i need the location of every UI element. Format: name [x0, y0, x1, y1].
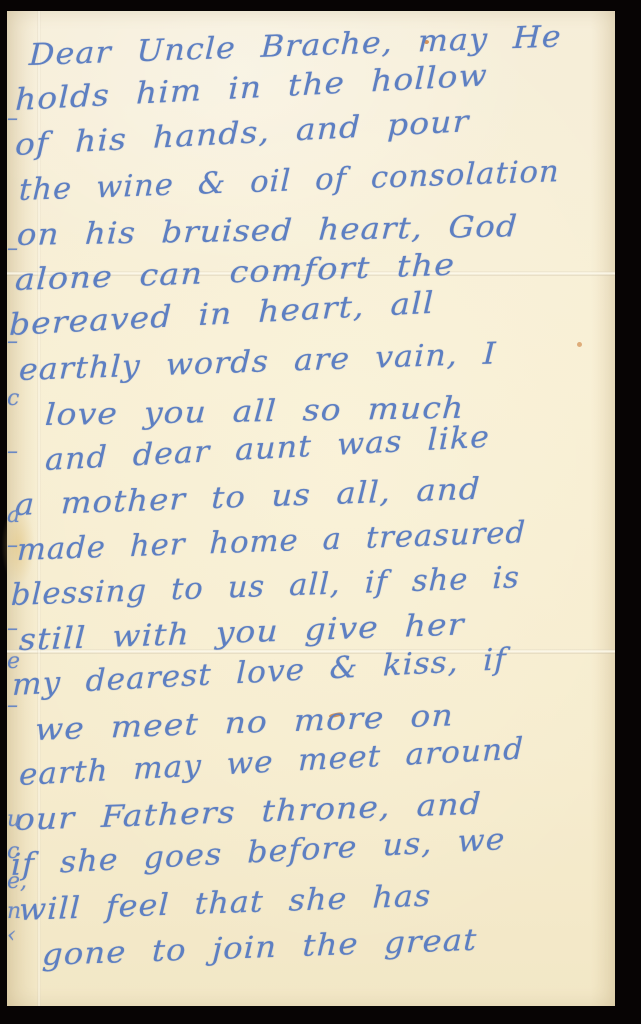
- stray-ink-mark: –: [7, 439, 18, 464]
- letter-line: will feel that she has: [18, 879, 432, 928]
- letter-line: the wine & oil of consolation: [18, 154, 560, 208]
- stray-ink-mark: e: [7, 649, 20, 674]
- stray-ink-mark: –: [7, 533, 18, 558]
- stray-ink-mark: c: [7, 386, 19, 411]
- scanned-letter: Dear Uncle Brache, may He holds him in t…: [0, 0, 641, 1024]
- letter-line: blessing to us all, if she is: [10, 560, 520, 613]
- stray-ink-mark: u: [7, 807, 21, 832]
- stray-ink-mark: a: [7, 503, 20, 528]
- stray-ink-mark: –: [7, 616, 18, 641]
- stray-ink-mark: ‹: [7, 923, 16, 948]
- stray-ink-mark: –: [7, 106, 18, 131]
- letter-paper: Dear Uncle Brache, may He holds him in t…: [7, 11, 615, 1006]
- rust-stain: [577, 342, 582, 347]
- stray-ink-mark: –: [7, 236, 18, 261]
- stray-ink-mark: –: [7, 693, 18, 718]
- stray-ink-mark: c: [7, 839, 19, 864]
- stray-ink-mark: n: [7, 899, 21, 924]
- letter-line: made her home a treasured: [16, 515, 526, 568]
- letter-line: a mother to us all, and: [14, 472, 481, 523]
- stray-ink-mark: –: [7, 329, 18, 354]
- letter-line: gone to join the great: [41, 923, 477, 973]
- stray-ink-mark: e,: [7, 869, 27, 894]
- letter-line: earthly words are vain, I: [18, 336, 497, 388]
- letter-line: on his bruised heart, God: [16, 209, 519, 253]
